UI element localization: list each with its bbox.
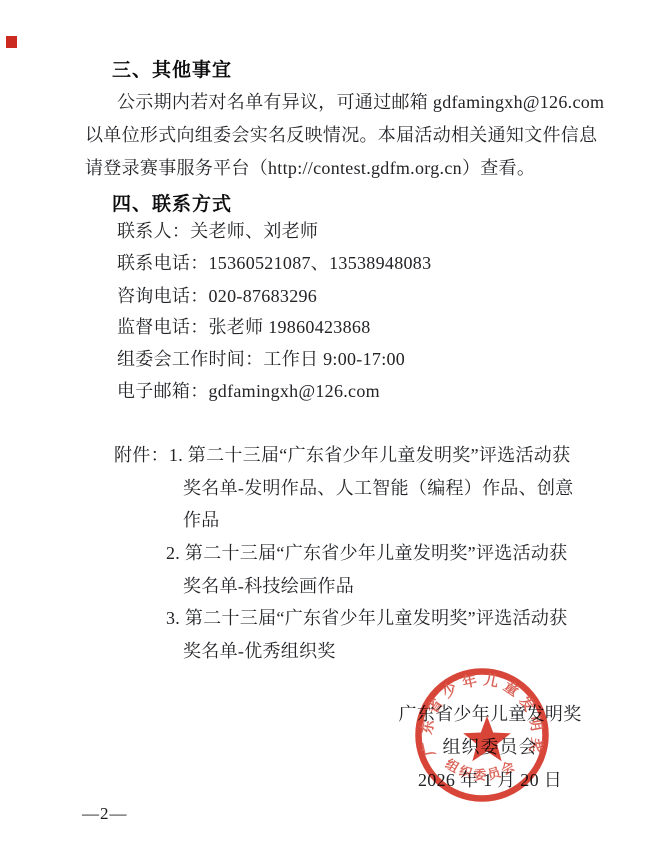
attachment-3-line-2: 奖名单-优秀组织奖: [183, 641, 336, 662]
attachment-1-line-3: 作品: [183, 510, 220, 531]
inquiry-phone-line: 咨询电话：020-87683296: [117, 286, 317, 307]
contact-phone-line: 联系电话：15360521087、13538948083: [117, 253, 431, 274]
document-page: 三、其他事宜 公示期内若对名单有异议，可通过邮箱 gdfamingxh@126.…: [0, 0, 652, 855]
official-seal: 广东省少年儿童发明奖 组织委员会: [399, 652, 565, 818]
section4-heading: 四、联系方式: [112, 189, 232, 216]
red-corner-mark: [6, 36, 17, 48]
section3-line-1: 公示期内若对名单有异议，可通过邮箱 gdfamingxh@126.com: [117, 92, 604, 113]
attachment-2-line-1: 2. 第二十三届“广东省少年儿童发明奖”评选活动获: [166, 543, 567, 564]
attachment-1-line-2: 奖名单-发明作品、人工智能（编程）作品、创意: [183, 478, 574, 499]
svg-text:组织委员会: 组织委员会: [443, 756, 521, 782]
supervision-phone-line: 监督电话：张老师 19860423868: [117, 317, 371, 338]
attachment-1-line-1: 附件：1. 第二十三届“广东省少年儿童发明奖”评选活动获: [114, 445, 570, 466]
section3-heading: 三、其他事宜: [112, 55, 232, 82]
section3-line-3: 请登录赛事服务平台（http://contest.gdfm.org.cn）查看。: [85, 158, 535, 179]
page-number: —2—: [82, 804, 128, 824]
seal-bottom-text: 组织委员会: [443, 756, 521, 782]
email-line: 电子邮箱：gdfamingxh@126.com: [117, 381, 380, 402]
section3-line-2: 以单位形式向组委会实名反映情况。本届活动相关通知文件信息: [85, 125, 597, 146]
contact-person-line: 联系人：关老师、刘老师: [117, 221, 318, 242]
seal-star: [463, 716, 511, 761]
attachment-3-line-1: 3. 第二十三届“广东省少年儿童发明奖”评选活动获: [166, 608, 567, 629]
attachment-2-line-2: 奖名单-科技绘画作品: [183, 576, 354, 597]
working-hours-line: 组委会工作时间：工作日 9:00-17:00: [117, 349, 405, 370]
